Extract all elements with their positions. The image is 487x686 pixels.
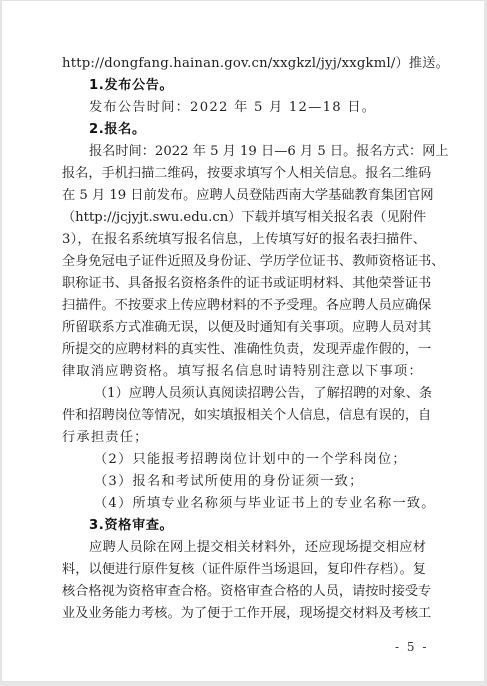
paragraph-line: 律取消应聘资格。填写报名信息时请特别注意以下事项： <box>62 361 426 383</box>
paragraph-line: （http://jcjyjt.swu.edu.cn）下载并填写相关报名表（见附件 <box>62 207 426 229</box>
paragraph-line: 核合格视为资格审查合格。资格审查合格的人员，请按时接受专 <box>62 581 426 603</box>
paragraph-line: 3），在报名系统填写报名信息，上传填写好的报名表扫描件、 <box>62 229 426 251</box>
paragraph-line: 料，以便进行原件复核（证件原件当场退回，复印件存档）。复 <box>62 559 426 581</box>
page-number: - 5 - <box>395 640 428 654</box>
url-continuation-line: http://dongfang.hainan.gov.cn/xxgkzl/jyj… <box>62 53 426 75</box>
list-item-1-cont: 件和招聘岗位等情况，如实填报相关个人信息，信息有误的，自 <box>62 405 426 427</box>
paragraph-line: 扫描件。不按要求上传应聘材料的不予受理。各应聘人员应确保 <box>62 295 426 317</box>
publish-notice-time: 发布公告时间：2022 年 5 月 12—18 日。 <box>89 97 426 119</box>
document-page: http://dongfang.hainan.gov.cn/xxgkzl/jyj… <box>2 1 484 681</box>
paragraph-line: 报名，手机扫描二维码，按要求填写个人相关信息。报名二维码 <box>62 163 426 185</box>
list-item-4: （4）所填专业名称须与毕业证书上的专业名称一致。 <box>94 493 426 515</box>
list-item-2: （2）只能报考招聘岗位计划中的一个学科岗位； <box>94 449 426 471</box>
section-heading-publish-notice: 1.发布公告。 <box>89 75 426 97</box>
paragraph-line: 职称证书、具备报名资格条件的证书或证明材料、其他荣誉证书 <box>62 273 426 295</box>
section-heading-registration: 2.报名。 <box>89 119 426 141</box>
list-item-1: （1）应聘人员须认真阅读招聘公告，了解招聘的对象、条 <box>94 383 426 405</box>
paragraph-line: 报名时间：2022 年 5 月 19 日—6 月 5 日。报名方式：网上 <box>89 141 426 163</box>
paragraph-line: 全身免冠电子证件近照及身份证、学历学位证书、教师资格证书、 <box>62 251 426 273</box>
section-heading-qualification-review: 3.资格审查。 <box>89 515 426 537</box>
list-item-3: （3）报名和考试所使用的身份证须一致； <box>94 471 426 493</box>
paragraph-line: 所留联系方式准确无误，以便及时通知有关事项。应聘人员对其 <box>62 317 426 339</box>
paragraph-line: 业及业务能力考核。为了便于工作开展，现场提交材料及考核工 <box>62 603 426 625</box>
paragraph-line: 应聘人员除在网上提交相关材料外，还应现场提交相应材 <box>89 537 426 559</box>
paragraph-line: 在 5 月 19 日前发布。应聘人员登陆西南大学基础教育集团官网 <box>62 185 426 207</box>
list-item-1-cont: 行承担责任； <box>62 427 426 449</box>
paragraph-line: 所提交的应聘材料的真实性、准确性负责，发现弄虚作假的，一 <box>62 339 426 361</box>
